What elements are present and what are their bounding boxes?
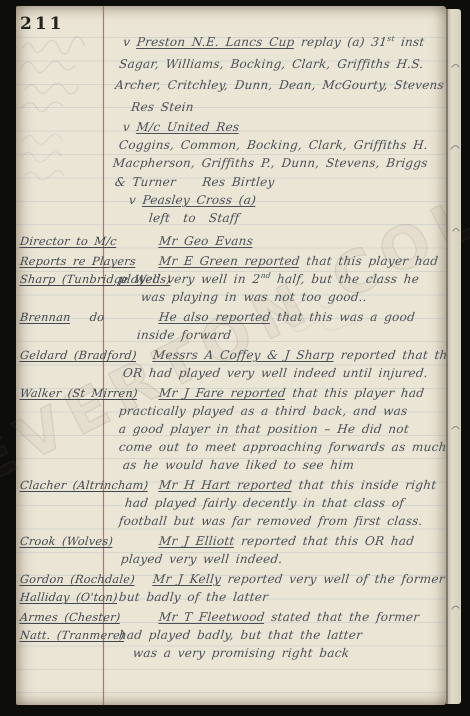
- page-number: 211: [20, 14, 65, 34]
- margin-label: Clacher (Altrincham): [19, 477, 113, 495]
- ink-text: that this player had: [285, 386, 425, 400]
- manuscript-line: had played badly, but that the latter: [112, 626, 446, 644]
- manuscript-line: come out to meet approaching forwards as…: [112, 438, 446, 456]
- manuscript-line: He also reported that this was a good: [112, 308, 446, 326]
- report-entry: Geldard (Bradford)Messrs A Coffey & J Sh…: [112, 346, 444, 382]
- margin-label: Halliday (O'ton): [19, 589, 113, 607]
- ink-text: reported that this: [333, 348, 458, 362]
- manuscript-line: played very well in 2nd half, but the cl…: [112, 270, 446, 288]
- scanned-book-photo: 211 EVERTON COLLECTION v Preston N.E. La…: [0, 0, 470, 716]
- reports-block: Director to M/cMr Geo EvansReports re Pl…: [112, 232, 444, 662]
- report-text: Mr J Elliott reported that this OR hadpl…: [112, 532, 444, 568]
- ink-text: but badly of the latter: [118, 590, 269, 604]
- margin-label: Director to M/c: [19, 233, 113, 251]
- manuscript-line: inside forward: [112, 326, 446, 344]
- margin-labels: Clacher (Altrincham): [19, 477, 111, 495]
- manuscript-line: Mr J Elliott reported that this OR had: [112, 532, 446, 550]
- manuscript-line: practically played as a third back, and …: [112, 402, 446, 420]
- ink-text: Archer, Critchley, Dunn, Dean, McGourty,…: [114, 78, 444, 92]
- report-entry: Gordon (Rochdale)Halliday (O'ton)Mr J Ke…: [112, 570, 444, 606]
- margin-labels: Brennan do: [19, 309, 111, 327]
- adjacent-page-ink-fragments: [446, 9, 461, 704]
- ink-text: Armes (Chester): [19, 611, 121, 624]
- ink-text: that this player had: [299, 254, 439, 268]
- ink-text: Mr E Green reported: [158, 254, 300, 268]
- manuscript-line: Mr J Fare reported that this player had: [112, 384, 446, 402]
- ink-text: had played badly, but that the latter: [118, 628, 363, 642]
- manuscript-line: Mr Geo Evans: [112, 232, 446, 250]
- ink-text: inside forward: [136, 328, 232, 342]
- ink-text: Crook (Wolves): [19, 535, 113, 548]
- report-text: Mr T Fleetwood stated that the formerhad…: [112, 608, 444, 662]
- ink-text: Mr J Fare reported: [158, 386, 286, 400]
- report-text: Messrs A Coffey & J Sharp reported that …: [112, 346, 444, 382]
- ink-text: was a very promising right back: [132, 646, 350, 660]
- margin-labels: Gordon (Rochdale)Halliday (O'ton): [19, 571, 111, 607]
- ink-text: was playing in was not too good..: [140, 290, 368, 304]
- ink-text: do: [70, 311, 105, 324]
- margin-label: Sharp (Tunbridge Wells): [19, 271, 113, 289]
- manuscript-line: played very well indeed.: [112, 550, 446, 568]
- report-text: He also reported that this was a goodins…: [112, 308, 444, 344]
- report-text: Mr E Green reported that this player had…: [112, 252, 444, 306]
- ink-bleedthrough-mark: [19, 34, 101, 120]
- ink-text: OR had played very well indeed until inj…: [122, 366, 428, 380]
- report-entry: Walker (St Mirren)Mr J Fare reported tha…: [112, 384, 444, 474]
- report-text: Mr J Fare reported that this player hadp…: [112, 384, 444, 474]
- adjacent-page-edge: [446, 9, 461, 704]
- minute-book-page: 211 EVERTON COLLECTION v Preston N.E. La…: [16, 6, 446, 705]
- manuscript-line: v M/c United Res: [112, 118, 446, 136]
- manuscript-line: & Turner Res Birtley: [112, 173, 446, 191]
- ink-bleedthrough-mark: [19, 128, 91, 186]
- manuscript-line: Coggins, Common, Bocking, Clark, Griffit…: [112, 136, 446, 154]
- manuscript-line: Mr T Fleetwood stated that the former: [112, 608, 446, 626]
- ink-text: M/c United Res: [136, 120, 240, 134]
- manuscript-line: had played fairly decently in that class…: [112, 494, 446, 512]
- ink-text: Brennan: [19, 311, 71, 324]
- margin-labels: Crook (Wolves): [19, 533, 111, 551]
- ink-text: a good player in that position – He did …: [118, 422, 409, 436]
- ink-text: He also reported: [158, 310, 271, 324]
- ink-text: half, but the class he: [270, 272, 420, 286]
- margin-labels: Walker (St Mirren): [19, 385, 111, 403]
- ink-text: left to Staff: [148, 211, 240, 225]
- ink-text: Mr T Fleetwood: [158, 610, 265, 624]
- ink-text: Halliday (O'ton): [19, 591, 118, 604]
- ink-text: Natt. (Tranmere): [19, 629, 125, 642]
- margin-label: Armes (Chester): [19, 609, 113, 627]
- ink-text: that this was a good: [270, 310, 416, 324]
- ink-text: Macpherson, Griffiths P., Dunn, Stevens,…: [112, 156, 428, 170]
- ink-text: stated that the former: [264, 610, 420, 624]
- manuscript-line: a good player in that position – He did …: [112, 420, 446, 438]
- manuscript-line: Messrs A Coffey & J Sharp reported that …: [112, 346, 446, 364]
- margin-label: Natt. (Tranmere): [19, 627, 113, 645]
- manuscript-line: Mr E Green reported that this player had: [112, 252, 446, 270]
- ink-text: Messrs A Coffey & J Sharp: [152, 348, 335, 362]
- ink-text: Preston N.E. Lancs Cup: [136, 35, 295, 49]
- margin-label: Reports re Players: [19, 253, 113, 271]
- ink-text: Mr Geo Evans: [158, 234, 254, 248]
- report-entry: Brennan doHe also reported that this was…: [112, 308, 444, 344]
- ink-text: had played fairly decently in that class…: [124, 496, 405, 510]
- ink-text: that this inside right: [291, 478, 437, 492]
- manuscript-line: Res Stein: [112, 97, 446, 119]
- ink-text: Mr H Hart reported: [158, 478, 293, 492]
- report-entry: Director to M/cMr Geo Evans: [112, 232, 444, 250]
- report-text: Mr H Hart reported that this inside righ…: [112, 476, 444, 530]
- manuscript-line: Mr J Kelly reported very well of the for…: [112, 570, 446, 588]
- margin-labels: Director to M/c: [19, 233, 111, 251]
- margin-label: Crook (Wolves): [19, 533, 113, 551]
- margin-labels: Armes (Chester)Natt. (Tranmere): [19, 609, 111, 645]
- manuscript-line: left to Staff: [112, 209, 446, 227]
- ink-text: inst: [394, 35, 426, 49]
- ink-text: come out to meet approaching forwards as…: [118, 440, 447, 454]
- manuscript-content: v Preston N.E. Lancs Cup replay (a) 31st…: [112, 32, 444, 662]
- manuscript-line: was playing in was not too good..: [112, 288, 446, 306]
- ink-text: Mr J Elliott: [158, 534, 235, 548]
- ink-text: Mr J Kelly: [152, 572, 222, 586]
- margin-labels: Geldard (Bradford): [19, 347, 111, 365]
- margin-label: Gordon (Rochdale): [19, 571, 113, 589]
- ink-text: as he would have liked to see him: [122, 458, 355, 472]
- manuscript-line: was a very promising right back: [112, 644, 446, 662]
- manuscript-line: football but was far removed from first …: [112, 512, 446, 530]
- manuscript-line: but badly of the latter: [112, 588, 446, 606]
- manuscript-line: v Preston N.E. Lancs Cup replay (a) 31st…: [112, 32, 446, 54]
- margin-labels: Reports re PlayersSharp (Tunbridge Wells…: [19, 253, 111, 289]
- margin-label: Walker (St Mirren): [19, 385, 113, 403]
- ink-text: reported that this OR had: [234, 534, 415, 548]
- report-text: Mr Geo Evans: [112, 232, 444, 250]
- manuscript-line: Sagar, Williams, Bocking, Clark, Griffit…: [112, 54, 446, 76]
- ink-text: Coggins, Common, Bocking, Clark, Griffit…: [118, 138, 429, 152]
- margin-label: Geldard (Bradford): [19, 347, 113, 365]
- ink-text: played very well in 2: [118, 272, 261, 286]
- report-entry: Crook (Wolves)Mr J Elliott reported that…: [112, 532, 444, 568]
- report-text: Mr J Kelly reported very well of the for…: [112, 570, 444, 606]
- margin-label: Brennan do: [19, 309, 113, 327]
- manuscript-line: Macpherson, Griffiths P., Dunn, Stevens,…: [112, 154, 446, 172]
- ink-text: football but was far removed from first …: [118, 514, 423, 528]
- ink-text: Director to M/c: [19, 235, 117, 248]
- ink-text: Res Stein: [130, 100, 194, 114]
- ink-text: practically played as a third back, and …: [118, 404, 408, 418]
- report-entry: Reports re PlayersSharp (Tunbridge Wells…: [112, 252, 444, 306]
- manuscript-line: OR had played very well indeed until inj…: [112, 364, 446, 382]
- fixtures-block: v Preston N.E. Lancs Cup replay (a) 31st…: [112, 32, 444, 227]
- ink-text: replay (a) 31: [294, 35, 388, 49]
- report-entry: Armes (Chester)Natt. (Tranmere)Mr T Flee…: [112, 608, 444, 662]
- report-entry: Clacher (Altrincham)Mr H Hart reported t…: [112, 476, 444, 530]
- ink-text: Sagar, Williams, Bocking, Clark, Griffit…: [118, 57, 424, 71]
- ink-text: reported very well of the former: [220, 572, 445, 586]
- ink-text: played very well indeed.: [120, 552, 283, 566]
- manuscript-line: v Peasley Cross (a): [112, 191, 446, 209]
- manuscript-line: as he would have liked to see him: [112, 456, 446, 474]
- manuscript-line: Mr H Hart reported that this inside righ…: [112, 476, 446, 494]
- manuscript-line: Archer, Critchley, Dunn, Dean, McGourty,…: [112, 75, 446, 97]
- ink-text: Peasley Cross (a): [142, 193, 257, 207]
- ink-text: & Turner Res Birtley: [114, 175, 275, 189]
